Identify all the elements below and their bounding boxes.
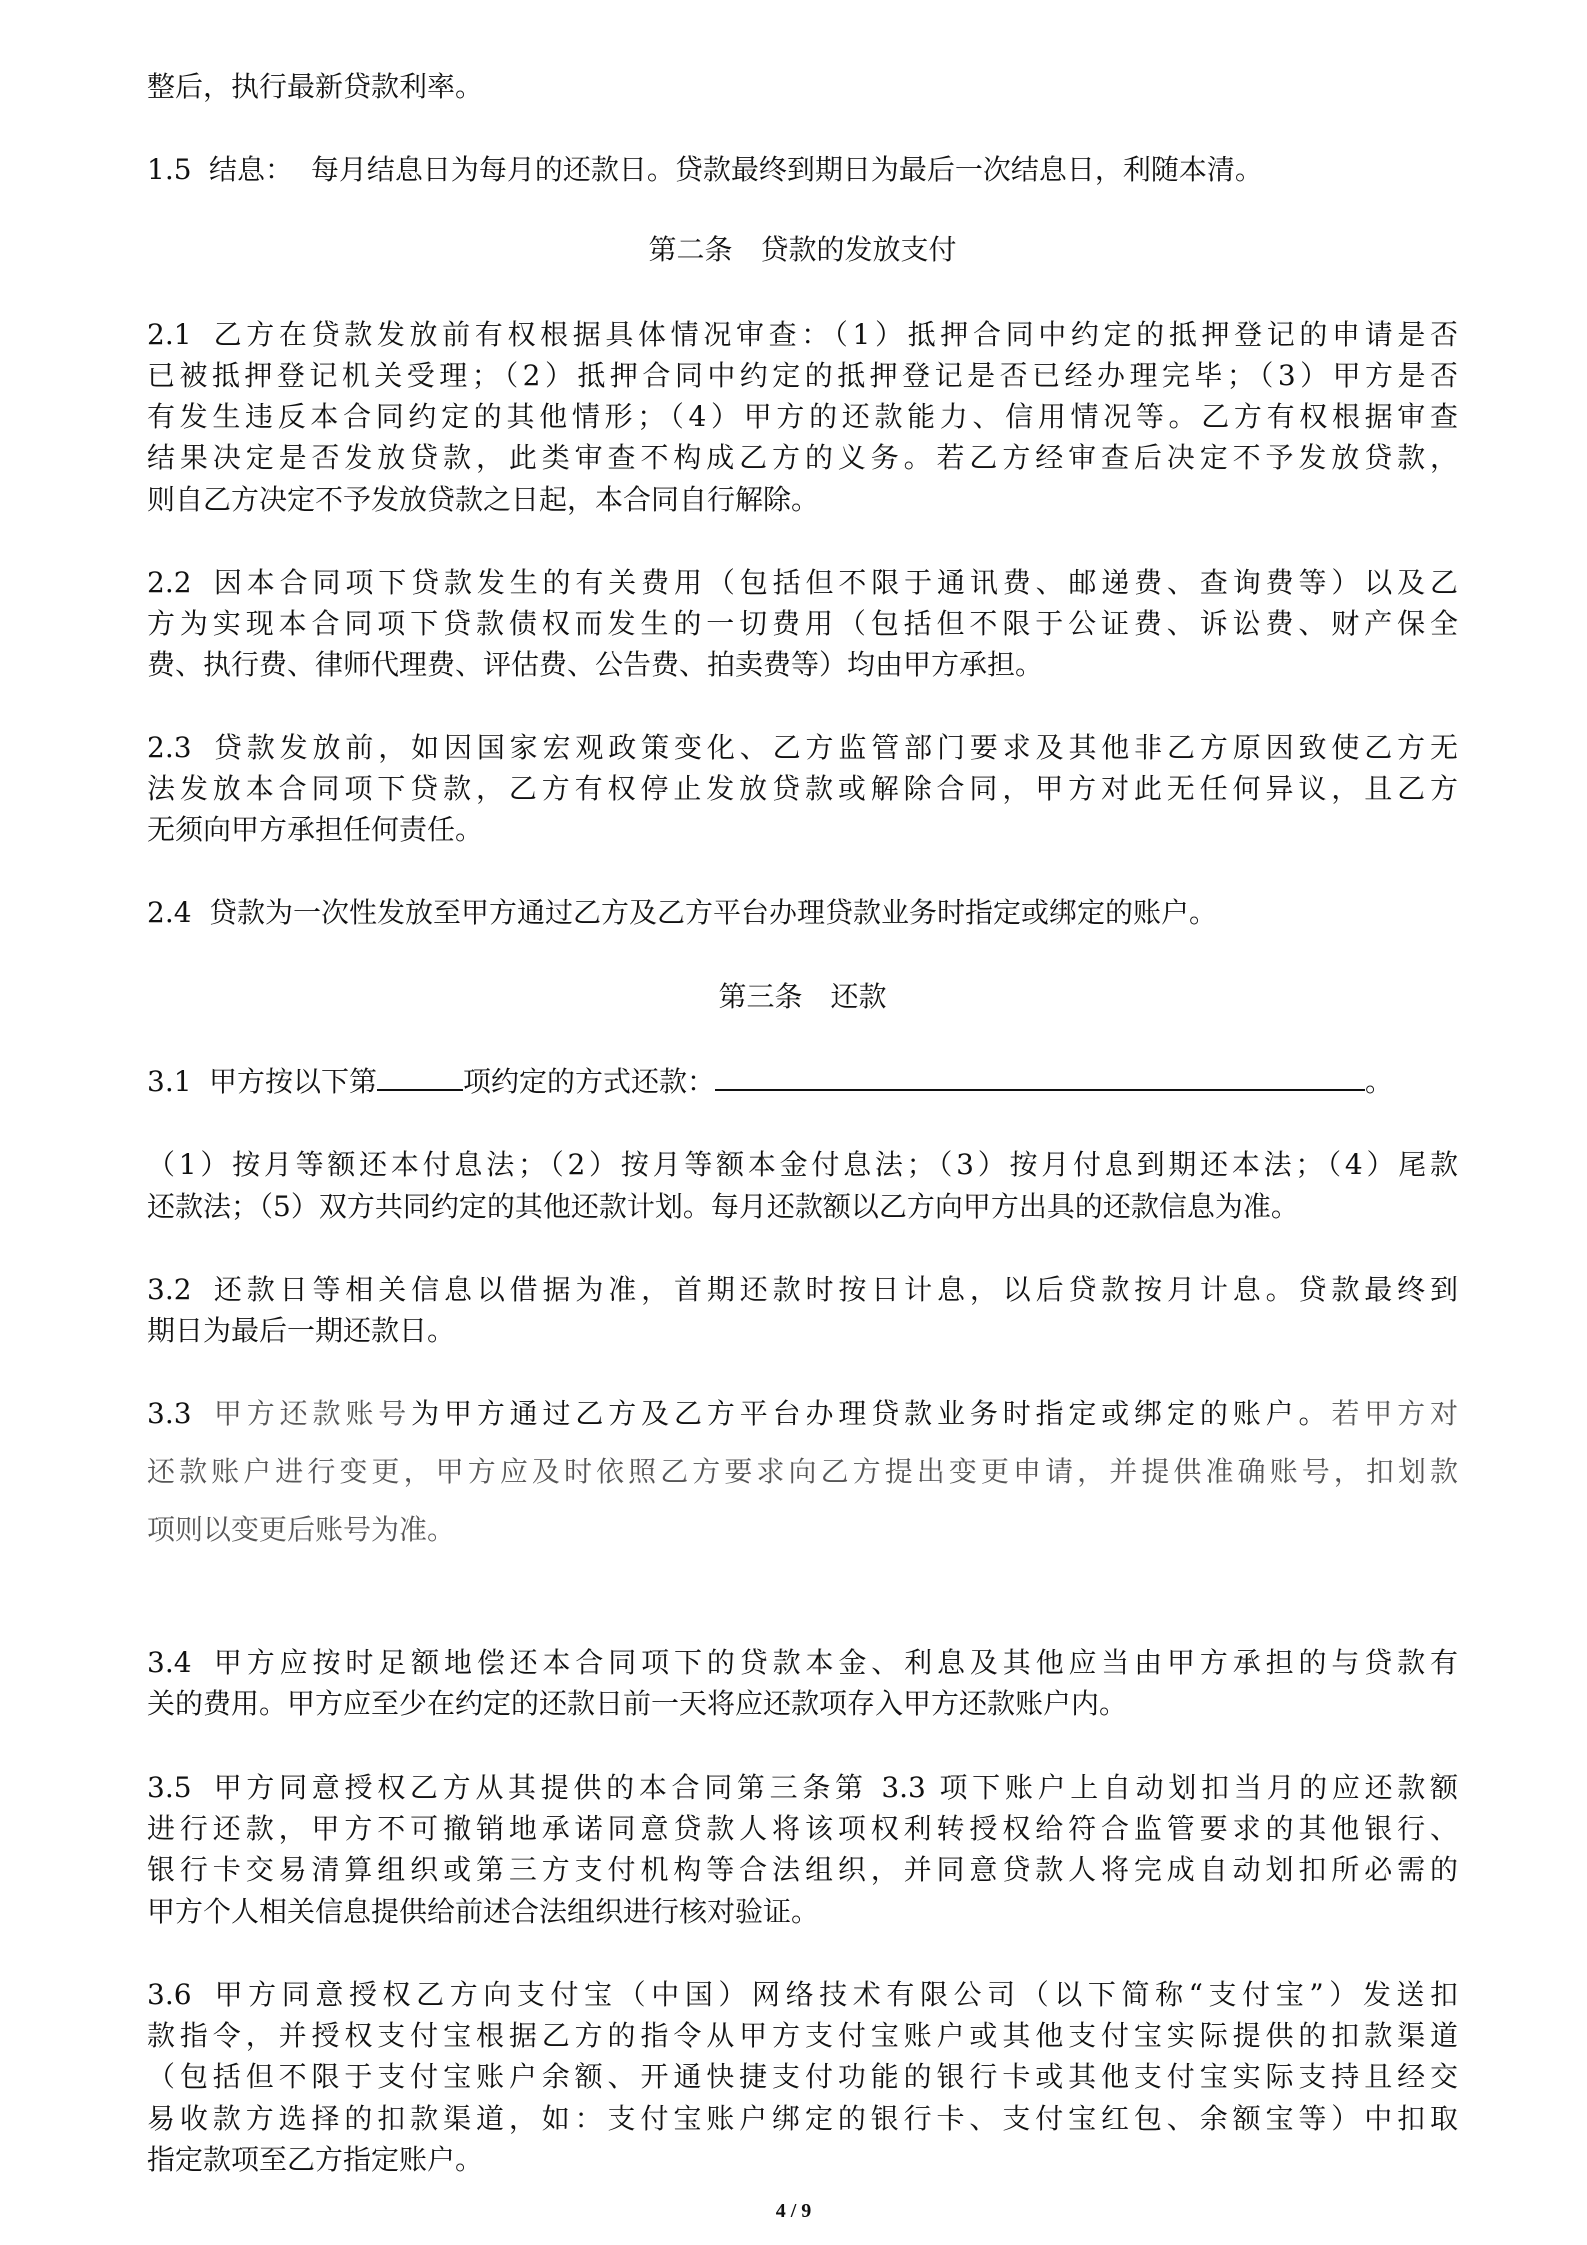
text-line: 贷款为一次性发放至甲方通过乙方及乙方平台办理贷款业务时指定或绑定的账户。 (209, 896, 1217, 929)
text-segment: 甲方按以下第 (209, 1065, 377, 1098)
clause-3-3: 3.3甲方还款账号为甲方通过乙方及乙方平台办理贷款业务时指定或绑定的账户。若甲方… (147, 1397, 1458, 1431)
clause-number: 3.6 (147, 1978, 209, 2012)
clause-3-6: 3.6甲方同意授权乙方向支付宝（中国）网络技术有限公司（以下简称“支付宝”）发送… (147, 1978, 1458, 2012)
text-line: 甲方同意授权乙方向支付宝（中国）网络技术有限公司（以下简称“支付宝”）发送扣 (209, 1978, 1458, 2011)
text-line: 费、执行费、律师代理费、评估费、公告费、拍卖费等）均由甲方承担。 (147, 648, 1458, 682)
clause-number: 2.1 (147, 318, 209, 352)
text-line: 期日为最后一期还款日。 (147, 1314, 1458, 1348)
text-line: 每月结息日为每月的还款日。贷款最终到期日为最后一次结息日，利随本清。 (311, 153, 1263, 186)
text-line: 结果决定是否发放贷款，此类审查不构成乙方的义务。若乙方经审查后决定不予发放贷款， (147, 441, 1458, 475)
clause-label: 结息： (209, 153, 293, 186)
text-line: 乙方在贷款发放前有权根据具体情况审查：（1）抵押合同中约定的抵押登记的申请是否 (209, 318, 1458, 351)
clause-number: 3.5 (147, 1771, 209, 1805)
text-line: 进行还款，甲方不可撤销地承诺同意贷款人将该项权利转授权给符合监管要求的其他银行、 (147, 1812, 1458, 1846)
article-2-heading: 第二条 贷款的发放支付 (147, 233, 1458, 267)
clause-number: 3.2 (147, 1273, 209, 1307)
clause-number: 2.2 (147, 566, 209, 600)
clause-2-3: 2.3贷款发放前，如因国家宏观政策变化、乙方监管部门要求及其他非乙方原因致使乙方… (147, 731, 1458, 765)
clause-2-1: 2.1乙方在贷款发放前有权根据具体情况审查：（1）抵押合同中约定的抵押登记的申请… (147, 318, 1458, 352)
text-segment: 。 (1365, 1065, 1393, 1098)
repayment-method-blank[interactable] (715, 1065, 1365, 1091)
text-line: 甲方同意授权乙方从其提供的本合同第三条第 3.3 项下账户上自动划扣当月的应还款… (209, 1771, 1458, 1804)
clause-number: 1.5 (147, 153, 209, 187)
repayment-option-blank[interactable] (377, 1065, 463, 1091)
clause-3-1: 3.1甲方按以下第项约定的方式还款：。 (147, 1065, 1458, 1099)
text-segment: 项约定的方式还款： (463, 1065, 715, 1098)
article-3-heading: 第三条 还款 (147, 980, 1458, 1014)
paragraph-continuation: 整后，执行最新贷款利率。 (147, 70, 1458, 104)
text-line: 银行卡交易清算组织或第三方支付机构等合法组织，并同意贷款人将完成自动划扣所必需的 (147, 1853, 1458, 1887)
clause-number: 3.3 (147, 1397, 209, 1431)
text-line: 甲方个人相关信息提供给前述合法组织进行核对验证。 (147, 1895, 1458, 1929)
clause-3-2: 3.2还款日等相关信息以借据为准，首期还款时按日计息，以后贷款按月计息。贷款最终… (147, 1273, 1458, 1307)
text-line: 指定款项至乙方指定账户。 (147, 2143, 1458, 2177)
text-line: 易收款方选择的扣款渠道，如：支付宝账户绑定的银行卡、支付宝红包、余额宝等）中扣取 (147, 2102, 1458, 2136)
text-line: 整后，执行最新贷款利率。 (147, 70, 483, 103)
clause-number: 2.4 (147, 896, 209, 930)
text-segment: 为甲方通过乙方及乙方平台办理贷款业务时指定或绑定的账户。 (411, 1397, 1331, 1430)
text-line: 因本合同项下贷款发生的有关费用（包括但不限于通讯费、邮递费、查询费等）以及乙 (209, 566, 1458, 599)
clause-2-4: 2.4贷款为一次性发放至甲方通过乙方及乙方平台办理贷款业务时指定或绑定的账户。 (147, 896, 1458, 930)
clause-number: 2.3 (147, 731, 209, 765)
repayment-options: （1）按月等额还本付息法；（2）按月等额本金付息法；（3）按月付息到期还本法；（… (147, 1148, 1458, 1182)
text-line: 款指令，并授权支付宝根据乙方的指令从甲方支付宝账户或其他支付宝实际提供的扣款渠道 (147, 2019, 1458, 2053)
clause-2-2: 2.2因本合同项下贷款发生的有关费用（包括但不限于通讯费、邮递费、查询费等）以及… (147, 566, 1458, 600)
document-page: 整后，执行最新贷款利率。 1.5结息： 每月结息日为每月的还款日。贷款最终到期日… (0, 0, 1587, 2245)
text-line: 则自乙方决定不予发放贷款之日起，本合同自行解除。 (147, 483, 1458, 517)
text-line: 已被抵押登记机关受理；（2）抵押合同中约定的抵押登记是否已经办理完毕；（3）甲方… (147, 359, 1458, 393)
text-line: 方为实现本合同项下贷款债权而发生的一切费用（包括但不限于公证费、诉讼费、财产保全 (147, 607, 1458, 641)
text-line: 关的费用。甲方应至少在约定的还款日前一天将应还款项存入甲方还款账户内。 (147, 1687, 1458, 1721)
text-line: 贷款发放前，如因国家宏观政策变化、乙方监管部门要求及其他非乙方原因致使乙方无 (209, 731, 1458, 764)
clause-1-5: 1.5结息： 每月结息日为每月的还款日。贷款最终到期日为最后一次结息日，利随本清… (147, 153, 1458, 187)
text-segment: 甲方还款账号 (209, 1397, 411, 1430)
text-line: 项则以变更后账号为准。 (147, 1513, 1458, 1547)
text-line: 还款账户进行变更，甲方应及时依照乙方要求向乙方提出变更申请，并提供准确账号，扣划… (147, 1455, 1458, 1489)
text-line: 还款法；（5）双方共同约定的其他还款计划。每月还款额以乙方向甲方出具的还款信息为… (147, 1190, 1458, 1224)
text-line: 法发放本合同项下贷款，乙方有权停止发放贷款或解除合同，甲方对此无任何异议，且乙方 (147, 772, 1458, 806)
page-number: 4 / 9 (0, 2200, 1587, 2223)
clause-number: 3.1 (147, 1065, 209, 1099)
text-line: 无须向甲方承担任何责任。 (147, 813, 1458, 847)
text-line: 甲方应按时足额地偿还本合同项下的贷款本金、利息及其他应当由甲方承担的与贷款有 (209, 1646, 1458, 1679)
text-line: 还款日等相关信息以借据为准，首期还款时按日计息，以后贷款按月计息。贷款最终到 (209, 1273, 1458, 1306)
clause-number: 3.4 (147, 1646, 209, 1680)
text-line: （包括但不限于支付宝账户余额、开通快捷支付功能的银行卡或其他支付宝实际支持且经交 (147, 2060, 1458, 2094)
clause-3-4: 3.4甲方应按时足额地偿还本合同项下的贷款本金、利息及其他应当由甲方承担的与贷款… (147, 1646, 1458, 1680)
text-line: 有发生违反本合同约定的其他情形；（4）甲方的还款能力、信用情况等。乙方有权根据审… (147, 400, 1458, 434)
clause-3-5: 3.5甲方同意授权乙方从其提供的本合同第三条第 3.3 项下账户上自动划扣当月的… (147, 1771, 1458, 1805)
text-segment: 若甲方对 (1331, 1397, 1458, 1430)
